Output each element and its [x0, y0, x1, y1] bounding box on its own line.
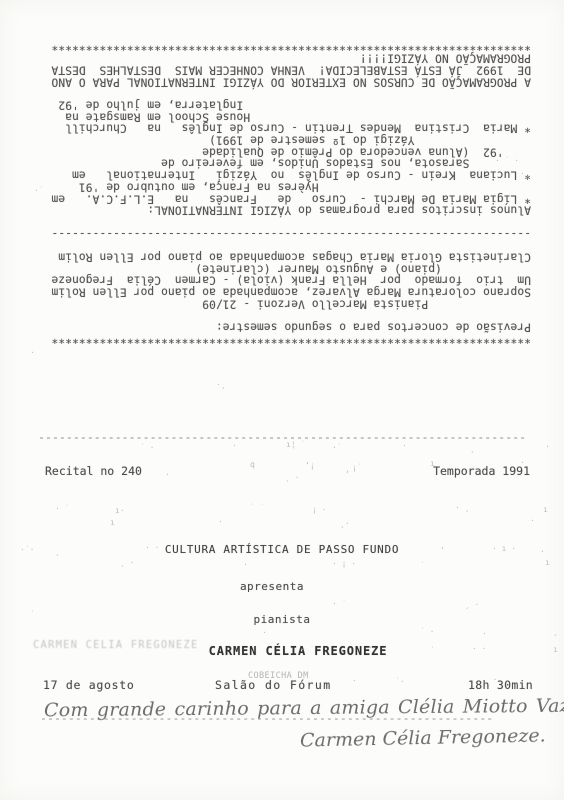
noise-speck: ı [543, 505, 548, 514]
noise-speck: ¸ [553, 627, 558, 636]
noise-speck: · [262, 628, 267, 637]
organization-title: CULTURA ARTÍSTICA DE PASSO FUNDO [0, 544, 564, 556]
noise-speck: · · [472, 644, 486, 653]
noise-speck: · [165, 470, 170, 479]
presents-label: apresenta [0, 581, 554, 593]
noise-speck: · ¸ [455, 503, 469, 512]
noise-speck: ·˙ [34, 186, 44, 195]
noise-speck: ʻ [440, 546, 445, 555]
noise-speck: ¡ · [312, 505, 326, 514]
noise-speck: · [232, 441, 237, 450]
handwritten-dedication: Com grande carinho para a amiga Clélia M… [44, 695, 564, 722]
noise-speck: · [402, 441, 407, 450]
noise-speck: · [540, 547, 545, 556]
upside-down-typed-block: ****************************************… [34, 40, 531, 344]
noise-speck: · · [145, 543, 159, 552]
noise-speck: · ¡ · [332, 559, 356, 568]
noise-speck: ı [430, 459, 435, 468]
noise-speck: ˙· [395, 677, 405, 686]
noise-speck: · [530, 516, 535, 525]
noise-speck: ¸ · [120, 558, 134, 567]
season-label: Temporada 1991 [433, 465, 530, 477]
noise-speck: ¸ · [465, 600, 479, 609]
noise-speck: ˙ · [420, 627, 434, 636]
noise-speck: ˙ [30, 610, 35, 619]
noise-speck: ı· [115, 506, 125, 515]
noise-speck: ʻ¡ [305, 461, 315, 470]
noise-speck: ˙ [430, 646, 435, 655]
noise-speck: ·˙ [332, 443, 342, 452]
noise-speck: ı [110, 518, 115, 527]
recital-number: Recital no 240 [45, 465, 142, 477]
event-date: 17 de agosto [43, 679, 134, 691]
noise-speck: ʼ [345, 470, 350, 479]
noise-speck: · [352, 676, 357, 685]
noise-speck: ¸ · [483, 675, 497, 684]
noise-speck: · ˙ [55, 504, 69, 513]
noise-speck: ¸ · [285, 473, 299, 482]
noise-speck: ı¦ ˙ [286, 440, 305, 449]
noise-speck: ·¸ [216, 380, 226, 389]
noise-speck: · [482, 629, 487, 638]
noise-speck: · [218, 517, 223, 526]
noise-speck: · ˙ [332, 599, 346, 608]
noise-speck: ı [553, 645, 558, 654]
noise-speck: · [520, 458, 525, 467]
noise-speck: ˙ [238, 205, 243, 214]
handwritten-signature: Carmen Célia Fregoneze. [300, 724, 546, 751]
dashed-separator: ----------------------------------------… [38, 431, 526, 443]
noise-speck: · [243, 560, 248, 569]
noise-speck: ˙ ˙ [250, 503, 264, 512]
noise-speck: ·˙· [20, 545, 34, 554]
noise-speck: · [545, 442, 550, 451]
noise-speck: ¡˙ [352, 463, 362, 472]
noise-speck: ·¸ [368, 643, 378, 652]
noise-speck: · [30, 348, 35, 357]
role-label: pianista [0, 614, 564, 626]
event-time: 18h 30min [468, 679, 533, 691]
noise-speck: · ˙ [300, 645, 314, 654]
noise-speck: ı [545, 558, 550, 567]
noise-speck: ·¸ [520, 169, 530, 178]
noise-speck: ˙ [420, 561, 425, 570]
noise-speck: · ı · [492, 544, 516, 553]
noise-speck: q [250, 460, 255, 469]
noise-speck: ¸ [55, 547, 60, 556]
event-venue: Salão do Fórum [215, 679, 332, 691]
noise-speck: · ˙ · [495, 156, 519, 165]
noise-speck: ¸ [470, 444, 475, 453]
scanned-concert-program: ****************************************… [0, 0, 564, 800]
noise-speck: ˙ · [140, 443, 154, 452]
noise-speck: ¸· [340, 519, 350, 528]
